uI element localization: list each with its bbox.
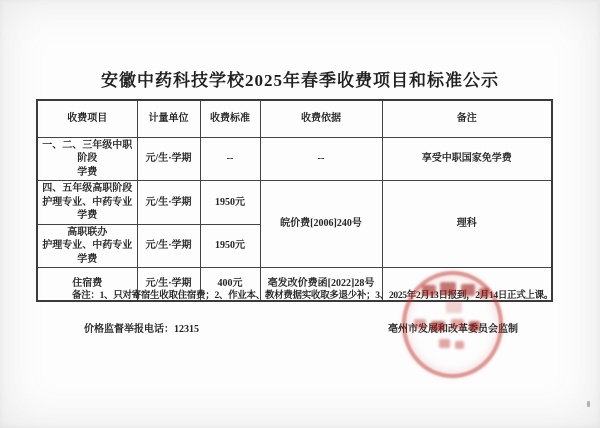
cell-standard: 1950元 — [200, 224, 260, 268]
cell-basis: -- — [260, 137, 382, 181]
seal-mark — [422, 285, 436, 296]
seal-mark — [479, 288, 489, 298]
cell-unit: 元/生·学期 — [137, 181, 200, 225]
scanned-document-page: 安徽中药科技学校2025年春季收费项目和标准公示 收费项目 计量单位 收费标准 … — [0, 0, 600, 428]
official-seal-stamp — [402, 271, 503, 378]
table-row: 四、五年级高职阶段 护理专业、中药专业学费 元/生·学期 1950元 皖价费[2… — [37, 181, 552, 225]
cell-fee-item: 高职联办 护理专业、中药专业学费 — [37, 224, 137, 268]
cell-unit: 元/生·学期 — [137, 137, 200, 181]
cell-remark: 享受中职国家免学费 — [382, 137, 552, 181]
fee-item-line2: 护理专业、中药专业学费 — [40, 196, 135, 223]
seal-mark — [455, 341, 464, 349]
table-row: 一、二、三年级中职阶段 学费 元/生·学期 -- -- 享受中职国家免学费 — [37, 137, 552, 181]
cell-basis-merged: 皖价费[2006]240号 — [260, 181, 382, 268]
seal-mark — [469, 321, 480, 331]
fee-item-line2: 学费 — [40, 166, 135, 180]
cell-unit: 元/生·学期 — [137, 224, 200, 268]
seal-mark — [414, 319, 426, 329]
page-title: 安徽中药科技学校2025年春季收费项目和标准公示 — [0, 66, 600, 91]
seal-mark — [446, 301, 462, 313]
seal-mark — [431, 321, 445, 331]
seal-mark — [439, 339, 450, 348]
cell-standard: -- — [200, 137, 260, 181]
fee-item-line2: 护理专业、中药专业学费 — [40, 239, 135, 266]
cell-standard: 1950元 — [200, 181, 260, 225]
cell-remark-merged: 理科 — [382, 181, 552, 268]
col-header-unit: 计量单位 — [137, 100, 200, 137]
col-header-fee-item: 收费项目 — [37, 100, 137, 137]
seal-mark — [461, 284, 475, 296]
cell-fee-item: 四、五年级高职阶段 护理专业、中药专业学费 — [37, 181, 137, 225]
cell-fee-item: 一、二、三年级中职阶段 学费 — [37, 137, 137, 181]
col-header-remark: 备注 — [382, 100, 552, 137]
seal-mark — [440, 282, 456, 295]
price-supervision-hotline: 价格监督举报电话：12315 — [84, 320, 199, 335]
scan-speck — [587, 401, 590, 407]
fee-table: 收费项目 计量单位 收费标准 收费依据 备注 一、二、三年级中职阶段 学费 元/… — [36, 99, 553, 302]
fee-item-line1: 四、五年级高职阶段 — [40, 182, 135, 196]
col-header-basis: 收费依据 — [260, 100, 382, 137]
table-header-row: 收费项目 计量单位 收费标准 收费依据 备注 — [37, 100, 552, 137]
fee-item-line1: 一、二、三年级中职阶段 — [40, 139, 135, 166]
fee-item-line1: 高职联办 — [40, 226, 135, 240]
col-header-standard: 收费标准 — [200, 100, 260, 137]
seal-mark — [451, 319, 464, 329]
